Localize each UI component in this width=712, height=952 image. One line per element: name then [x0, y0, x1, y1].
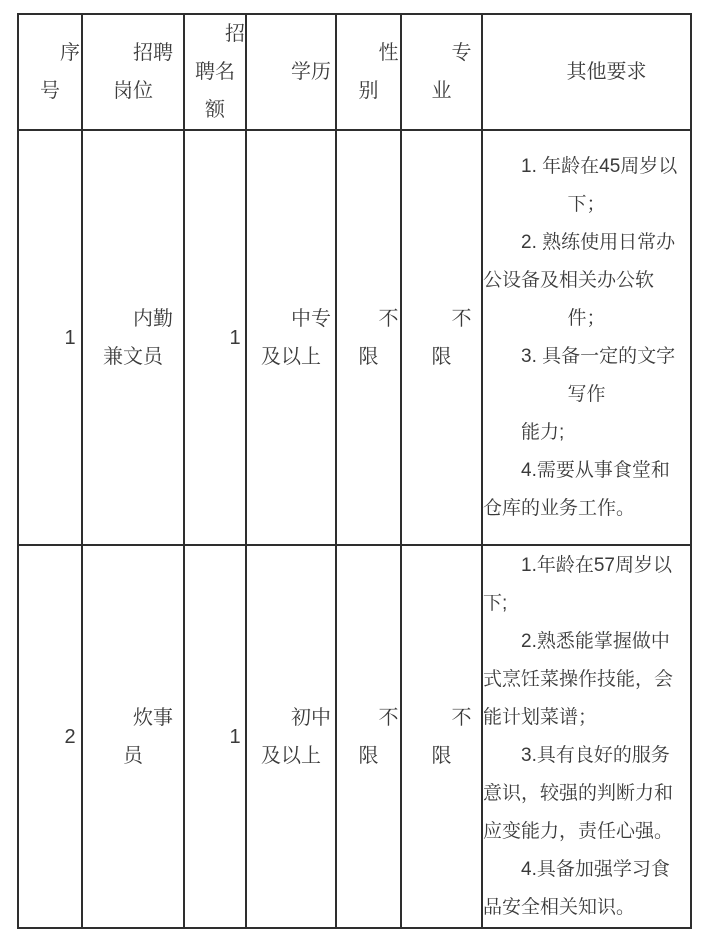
header-row: 序号招聘岗位招聘名额学历性别专业其他要求: [18, 14, 691, 130]
cell-education: 中专及以上: [246, 130, 336, 545]
cell-gender: 不限: [336, 130, 401, 545]
recruitment-table: 序号招聘岗位招聘名额学历性别专业其他要求 1内勤兼文员1中专及以上不限不限1. …: [17, 13, 692, 929]
text-line: 写作: [483, 376, 690, 414]
text-line: 3. 具备一定的文字: [483, 338, 690, 376]
text-line: 其他要求: [483, 53, 690, 91]
header-cell-education: 学历: [246, 14, 336, 130]
header-cell-major: 专业: [401, 14, 482, 130]
text-line: 不: [402, 300, 481, 338]
cell-other: 1. 年龄在45周岁以下；2. 熟练使用日常办公设备及相关办公软件；3. 具备一…: [482, 130, 691, 545]
text-line: 额: [185, 91, 245, 129]
text-line: 2. 熟练使用日常办: [483, 224, 690, 262]
text-line: 中专: [247, 300, 335, 338]
cell-quota: 1: [184, 130, 246, 545]
cell-no: 2: [18, 545, 82, 928]
text-line: 能力;: [483, 414, 690, 452]
cell-quota: 1: [184, 545, 246, 928]
text-line: 限: [402, 338, 481, 376]
text-line: 专: [402, 34, 481, 72]
page: 序号招聘岗位招聘名额学历性别专业其他要求 1内勤兼文员1中专及以上不限不限1. …: [0, 0, 712, 952]
table-row: 1内勤兼文员1中专及以上不限不限1. 年龄在45周岁以下；2. 熟练使用日常办公…: [18, 130, 691, 545]
cell-gender: 不限: [336, 545, 401, 928]
text-line: 公设备及相关办公软: [483, 262, 690, 300]
cell-position: 炊事员: [82, 545, 184, 928]
text-line: 学历: [247, 53, 335, 91]
cell-position: 内勤兼文员: [82, 130, 184, 545]
text-line: 2: [19, 718, 81, 756]
text-line: 应变能力，责任心强。: [483, 813, 690, 851]
text-line: 意识，较强的判断力和: [483, 775, 690, 813]
text-line: 初中: [247, 699, 335, 737]
text-line: 炊事: [83, 699, 183, 737]
text-line: 式烹饪菜操作技能，会: [483, 661, 690, 699]
text-line: 招: [185, 15, 245, 53]
header-cell-gender: 性别: [336, 14, 401, 130]
text-line: 下;: [483, 585, 690, 623]
text-line: 不: [337, 699, 400, 737]
cell-major: 不限: [401, 545, 482, 928]
text-line: 限: [337, 338, 400, 376]
text-line: 4.需要从事食堂和: [483, 452, 690, 490]
text-line: 及以上: [247, 737, 335, 775]
text-line: 号: [19, 72, 81, 110]
cell-no: 1: [18, 130, 82, 545]
text-line: 4.具备加强学习食: [483, 851, 690, 889]
text-line: 员: [83, 737, 183, 775]
table-header: 序号招聘岗位招聘名额学历性别专业其他要求: [18, 14, 691, 130]
text-line: 序: [19, 34, 81, 72]
text-line: 聘名: [185, 53, 245, 91]
header-cell-position: 招聘岗位: [82, 14, 184, 130]
text-line: 1.年龄在57周岁以: [483, 547, 690, 585]
text-line: 能计划菜谱；: [483, 699, 690, 737]
text-line: 兼文员: [83, 338, 183, 376]
cell-other: 1.年龄在57周岁以下;2.熟悉能掌握做中式烹饪菜操作技能，会能计划菜谱；3.具…: [482, 545, 691, 928]
table-body: 1内勤兼文员1中专及以上不限不限1. 年龄在45周岁以下；2. 熟练使用日常办公…: [18, 130, 691, 928]
text-line: 岗位: [83, 72, 183, 110]
text-line: 限: [337, 737, 400, 775]
text-line: 2.熟悉能掌握做中: [483, 623, 690, 661]
text-line: 限: [402, 737, 481, 775]
header-cell-other: 其他要求: [482, 14, 691, 130]
text-line: 3.具有良好的服务: [483, 737, 690, 775]
header-cell-no: 序号: [18, 14, 82, 130]
cell-education: 初中及以上: [246, 545, 336, 928]
text-line: 品安全相关知识。: [483, 889, 690, 927]
text-line: 不: [402, 699, 481, 737]
table-row: 2炊事员1初中及以上不限不限1.年龄在57周岁以下;2.熟悉能掌握做中式烹饪菜操…: [18, 545, 691, 928]
text-line: 别: [337, 72, 400, 110]
text-line: 性: [337, 34, 400, 72]
text-line: 件；: [483, 300, 690, 338]
cell-major: 不限: [401, 130, 482, 545]
text-line: 1: [19, 319, 81, 357]
header-cell-quota: 招聘名额: [184, 14, 246, 130]
text-line: 招聘: [83, 34, 183, 72]
text-line: 1: [185, 319, 245, 357]
text-line: 1. 年龄在45周岁以: [483, 148, 690, 186]
text-line: 及以上: [247, 338, 335, 376]
text-line: 内勤: [83, 300, 183, 338]
text-line: 业: [402, 72, 481, 110]
text-line: 不: [337, 300, 400, 338]
text-line: 下；: [483, 186, 690, 224]
text-line: 1: [185, 718, 245, 756]
text-line: 仓库的业务工作。: [483, 490, 690, 528]
